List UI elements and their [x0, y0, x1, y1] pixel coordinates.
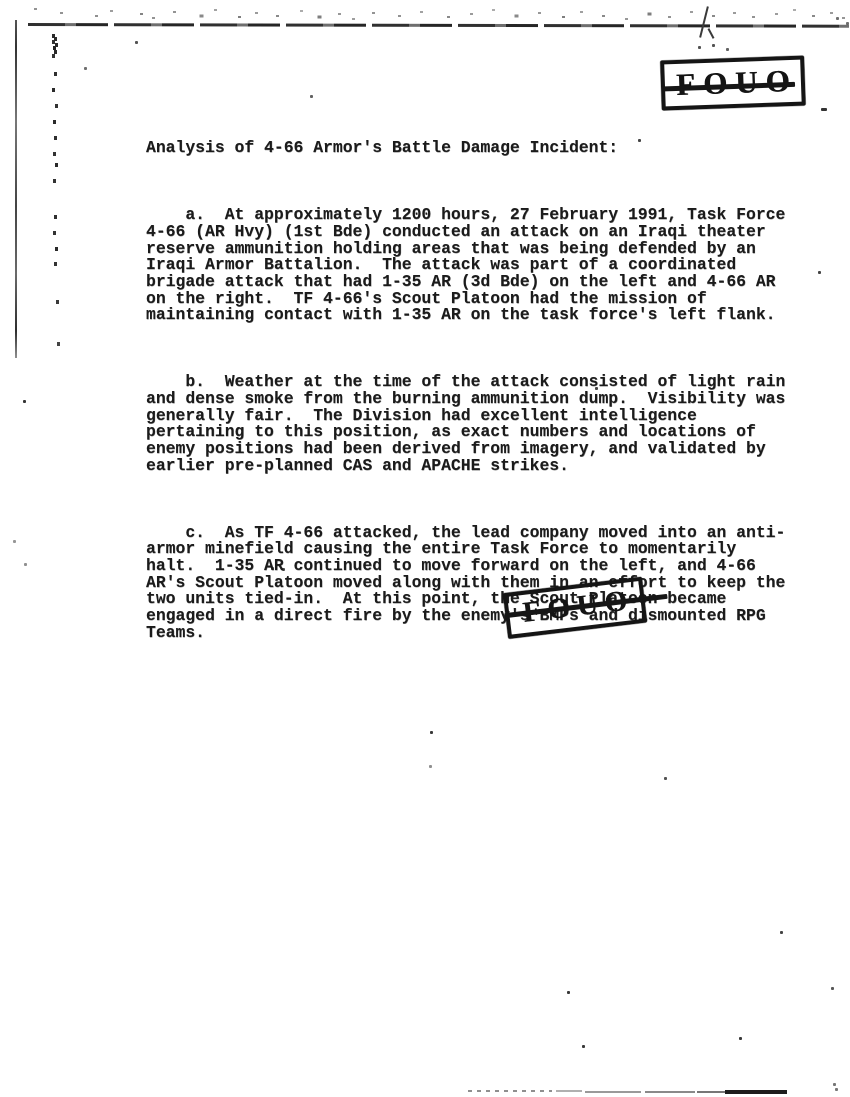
paragraph-b: b. Weather at the time of the attack con…	[146, 374, 785, 474]
scan-left-margin-line	[15, 20, 17, 358]
scan-pen-mark	[708, 28, 715, 39]
scanned-document-page: FOUO Analysis of 4-66 Armor's Battle Dam…	[0, 0, 850, 1097]
scan-pen-mark	[699, 6, 709, 38]
bottom-rule-dark-segment	[725, 1090, 787, 1094]
bottom-rule-segment	[697, 1091, 727, 1093]
bottom-rule-segment	[556, 1090, 582, 1092]
scan-speckles	[0, 0, 3, 3]
scan-edge-line	[28, 23, 849, 28]
scan-speck-dash	[821, 108, 827, 111]
bottom-rule-segment	[585, 1091, 641, 1093]
document-title: Analysis of 4-66 Armor's Battle Damage I…	[146, 140, 785, 157]
bottom-rule-segment	[645, 1091, 695, 1093]
scan-left-speck-column	[52, 34, 55, 38]
paragraph-a: a. At approximately 1200 hours, 27 Febru…	[146, 207, 785, 324]
bottom-rule-dashed-segment	[468, 1090, 552, 1092]
paragraph-c: c. As TF 4-66 attacked, the lead company…	[146, 525, 785, 642]
document-body: Analysis of 4-66 Armor's Battle Damage I…	[146, 107, 785, 675]
